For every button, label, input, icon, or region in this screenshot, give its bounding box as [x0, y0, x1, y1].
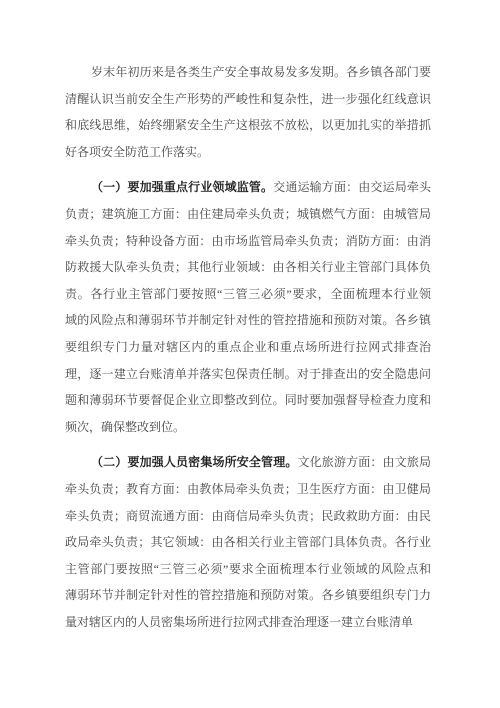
text-line: 清醒认识当前安全生产形势的严峻性和复杂性，进一步强化红线意识 [65, 86, 431, 113]
text-line: 牵头负责；商贸流通方面：由商信局牵头负责；民政救助方面：由民 [65, 503, 431, 530]
text-line: 频次，确保整改到位。 [65, 414, 431, 441]
text-line: 好各项安全防范工作落实。 [65, 139, 431, 166]
text-line: 要组织专门力量对辖区内的重点企业和重点场所进行拉网式排查治 [65, 334, 431, 361]
line-text: 牵头负责；教育方面：由教体局牵头负责；卫生医疗方面：由卫健局 [65, 482, 431, 496]
text-line: 主管部门要按照“三管三必须”要求全面梳理本行业领域的风险点和 [65, 556, 431, 583]
document-body: 岁末年初历来是各类生产安全事故易发多发期。各乡镇各部门要清醒认识当前安全生产形势… [65, 59, 431, 635]
document-page: 岁末年初历来是各类生产安全事故易发多发期。各乡镇各部门要清醒认识当前安全生产形势… [0, 0, 500, 708]
line-text: 主管部门要按照“三管三必须”要求全面梳理本行业领域的风险点和 [65, 562, 431, 576]
text-line: 岁末年初历来是各类生产安全事故易发多发期。各乡镇各部门要 [65, 59, 431, 86]
line-text: 岁末年初历来是各类生产安全事故易发多发期。各乡镇各部门要 [91, 65, 431, 79]
text-line: （二）要加强人员密集场所安全管理。文化旅游方面：由文旅局 [65, 449, 431, 476]
text-line: 牵头负责；特种设备方面：由市场监管局牵头负责；消防方面：由消 [65, 228, 431, 255]
line-text: 牵头负责；商贸流通方面：由商信局牵头负责；民政救助方面：由民 [65, 509, 431, 523]
text-line: 牵头负责；教育方面：由教体局牵头负责；卫生医疗方面：由卫健局 [65, 476, 431, 503]
text-line: 域的风险点和薄弱环节并制定针对性的管控措施和预防对策。各乡镇 [65, 307, 431, 334]
section-heading: （一）要加强重点行业领域监管。 [91, 180, 273, 194]
line-text: 量对辖区内的人员密集场所进行拉网式排查治理逐一建立台账清单 [65, 615, 413, 629]
line-text: 频次，确保整改到位。 [65, 420, 185, 434]
text-line: 负责；建筑施工方面：由住建局牵头负责；城镇燃气方面：由城管局 [65, 201, 431, 228]
line-text: 牵头负责；特种设备方面：由市场监管局牵头负责；消防方面：由消 [65, 234, 431, 248]
text-line: 薄弱环节并制定针对性的管控措施和预防对策。各乡镇要组织专门力 [65, 582, 431, 609]
line-text: 责。各行业主管部门要按照“三管三必须”要求，全面梳理本行业领 [65, 287, 431, 301]
text-line: 防救援大队牵头负责；其他行业领域：由各相关行业主管部门具体负 [65, 254, 431, 281]
text-line: 量对辖区内的人员密集场所进行拉网式排查治理逐一建立台账清单 [65, 609, 431, 636]
line-text: 要组织专门力量对辖区内的重点企业和重点场所进行拉网式排查治 [65, 340, 431, 354]
line-text: 薄弱环节并制定针对性的管控措施和预防对策。各乡镇要组织专门力 [65, 588, 431, 602]
text-line: 理，逐一建立台账清单并落实包保责任制。对于排查出的安全隐患问 [65, 361, 431, 388]
line-text: 清醒认识当前安全生产形势的严峻性和复杂性，进一步强化红线意识 [65, 92, 431, 106]
paragraph-section-1: （一）要加强重点行业领域监管。交通运输方面：由交运局牵头负责；建筑施工方面：由住… [65, 174, 431, 440]
line-text: 防救援大队牵头负责；其他行业领域：由各相关行业主管部门具体负 [65, 260, 431, 274]
line-text: 负责；建筑施工方面：由住建局牵头负责；城镇燃气方面：由城管局 [65, 207, 431, 221]
text-line: 题和薄弱环节要督促企业立即整改到位。同时要加强督导检查力度和 [65, 387, 431, 414]
text-line: 责。各行业主管部门要按照“三管三必须”要求，全面梳理本行业领 [65, 281, 431, 308]
line-text: 题和薄弱环节要督促企业立即整改到位。同时要加强督导检查力度和 [65, 393, 431, 407]
line-text: 好各项安全防范工作落实。 [65, 145, 209, 159]
section-heading: （二）要加强人员密集场所安全管理。 [91, 455, 298, 469]
text-line: 政局牵头负责；其它领域：由各相关行业主管部门具体负责。各行业 [65, 529, 431, 556]
line-text: 理，逐一建立台账清单并落实包保责任制。对于排查出的安全隐患问 [65, 367, 431, 381]
line-text: 文化旅游方面：由文旅局 [298, 455, 431, 469]
paragraph-intro: 岁末年初历来是各类生产安全事故易发多发期。各乡镇各部门要清醒认识当前安全生产形势… [65, 59, 431, 165]
paragraph-section-2: （二）要加强人员密集场所安全管理。文化旅游方面：由文旅局牵头负责；教育方面：由教… [65, 449, 431, 635]
line-text: 交通运输方面：由交运局牵头 [273, 180, 431, 194]
line-text: 域的风险点和薄弱环节并制定针对性的管控措施和预防对策。各乡镇 [65, 313, 431, 327]
text-line: （一）要加强重点行业领域监管。交通运输方面：由交运局牵头 [65, 174, 431, 201]
line-text: 和底线思维，始终绷紧安全生产这根弦不放松，以更加扎实的举措抓 [65, 118, 431, 132]
line-text: 政局牵头负责；其它领域：由各相关行业主管部门具体负责。各行业 [65, 535, 431, 549]
text-line: 和底线思维，始终绷紧安全生产这根弦不放松，以更加扎实的举措抓 [65, 112, 431, 139]
